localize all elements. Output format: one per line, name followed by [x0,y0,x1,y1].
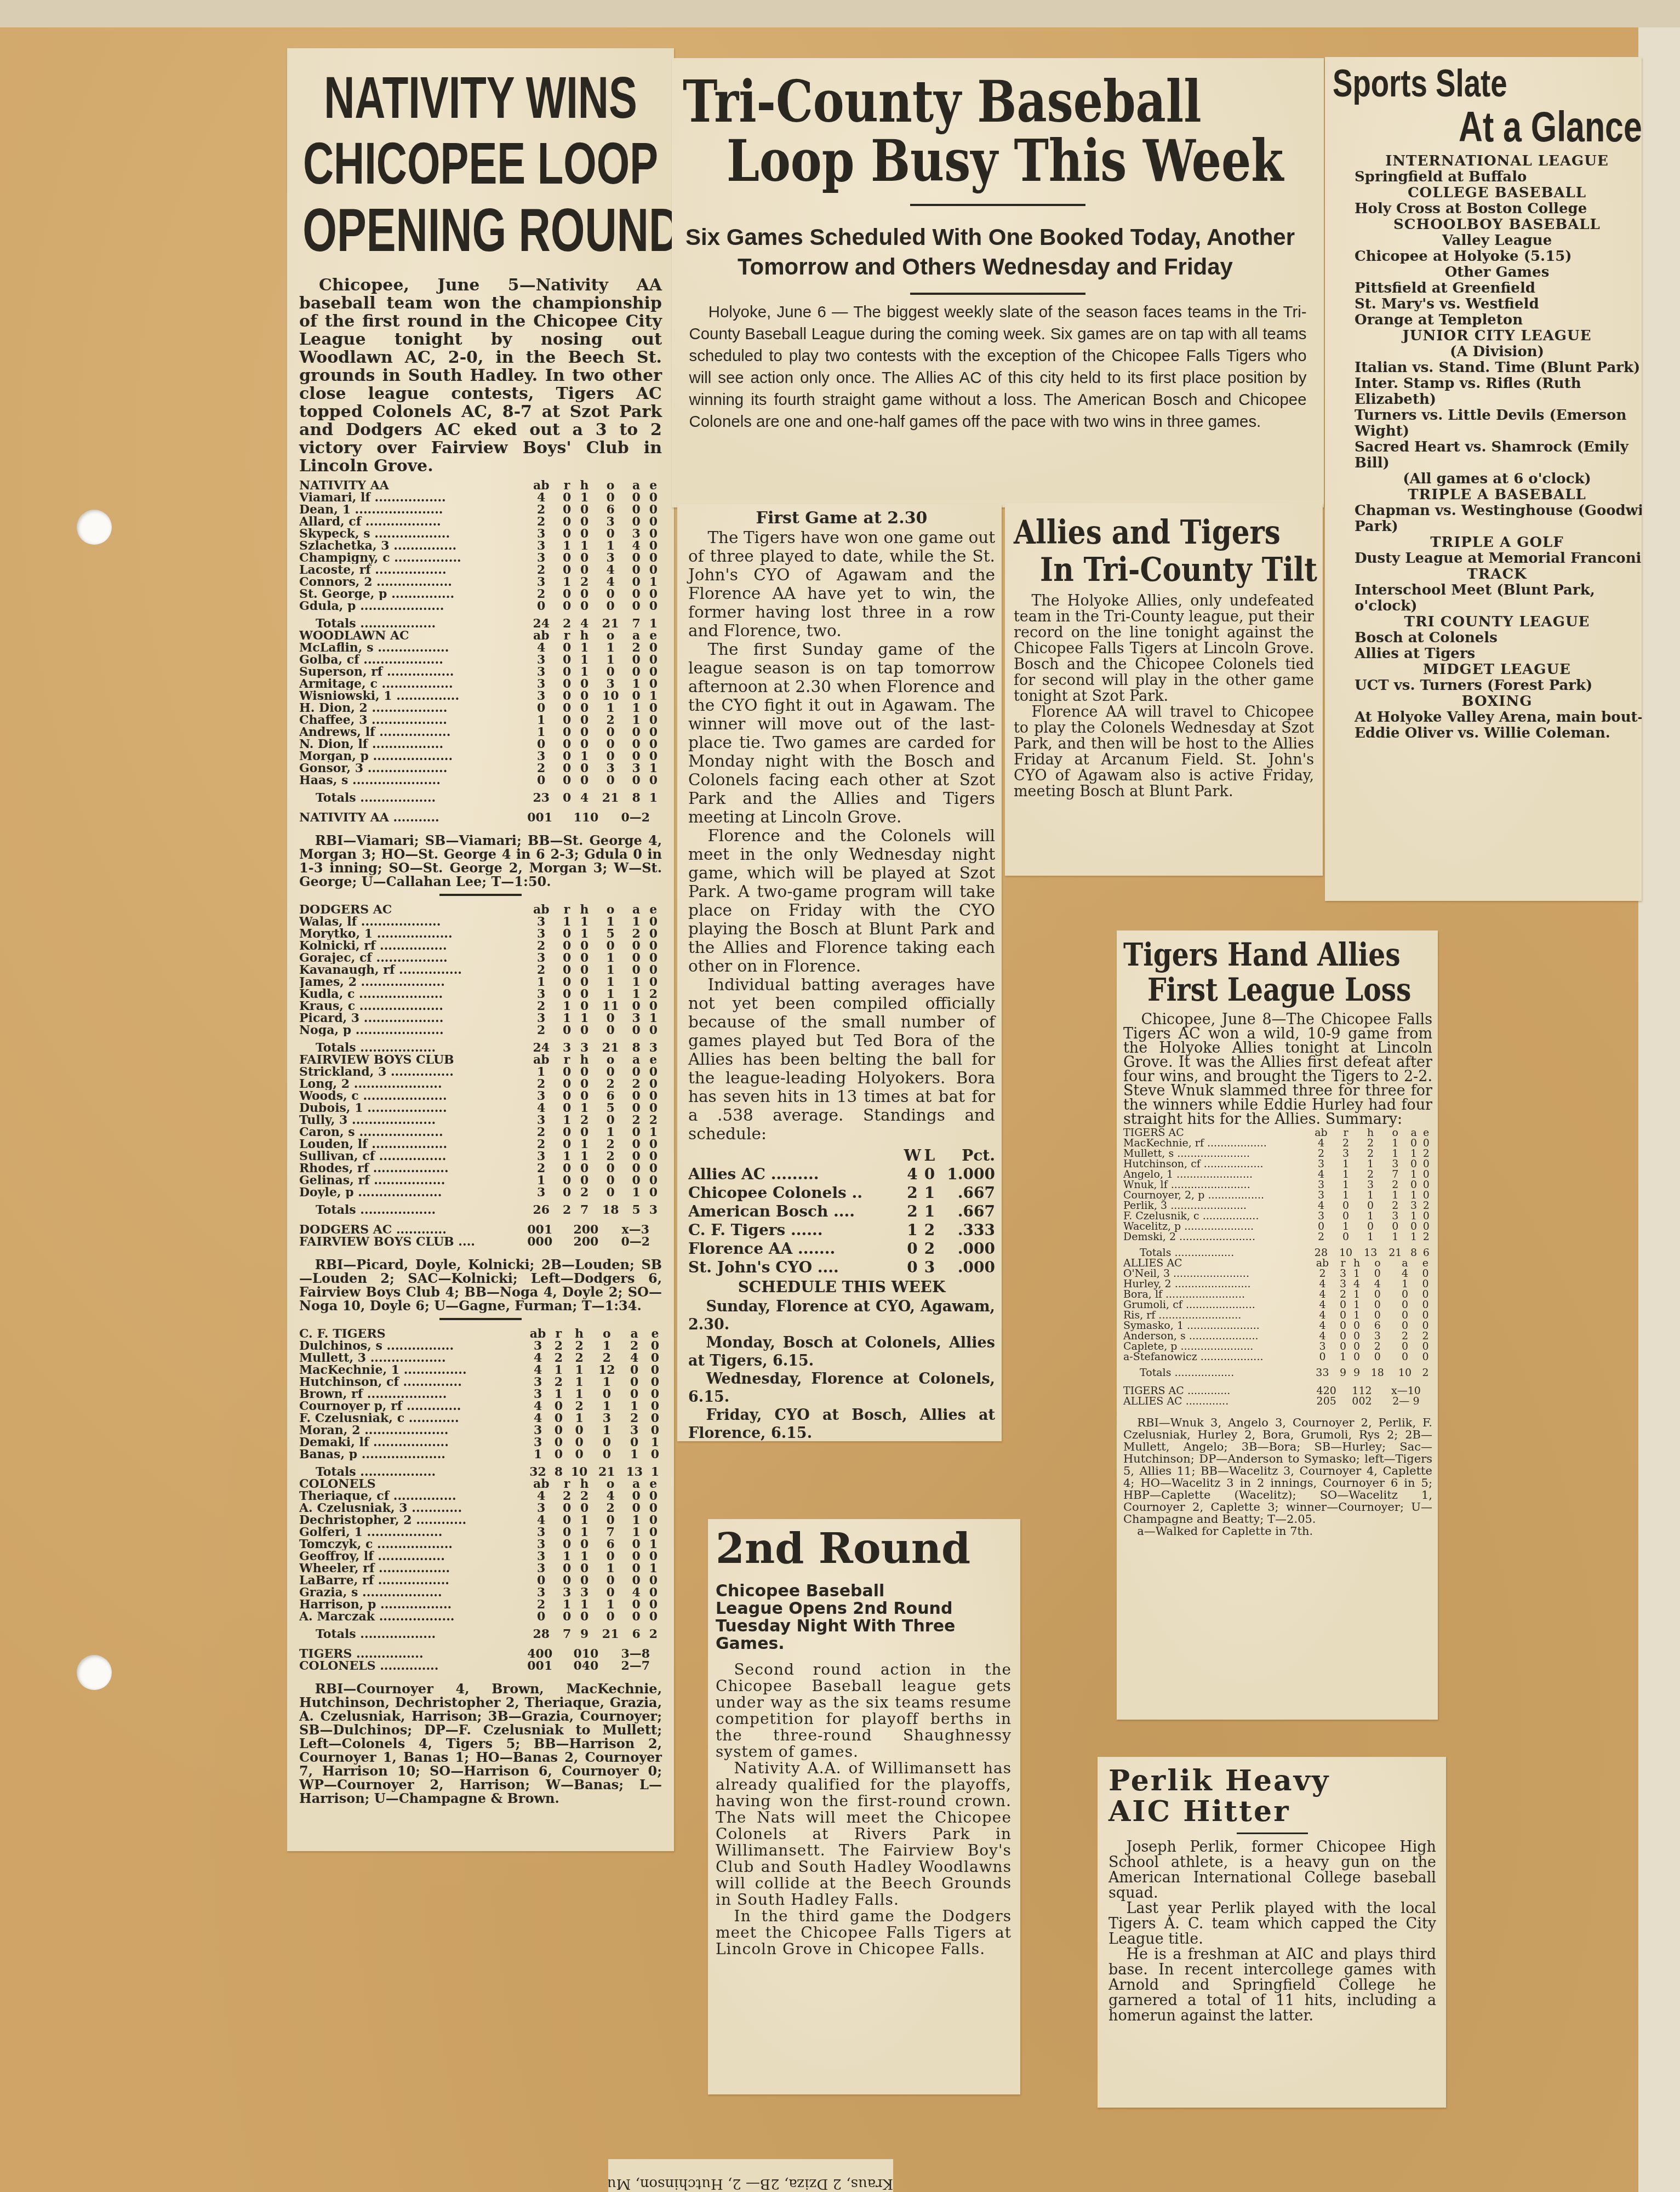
stat: 1 [645,576,662,588]
box-score-table: WOODLAWN ACabrhoaeMcLaflin, s ..........… [299,630,662,804]
stat: 0 [627,690,644,702]
box-score-table: DODGERS ACabrhoaeWalas, lf .............… [299,904,662,1054]
pct: 1.000 [936,1165,996,1184]
stat: 0 [558,1078,575,1090]
player-name: Connors, 2 .................. [299,576,524,588]
stat: 13 [1358,1242,1383,1258]
player-row: Theriaque, cf ...............422400 [299,1490,662,1502]
stat: 3 [524,1526,558,1538]
stat: 7 [558,1623,575,1640]
player-row: Mullett, 3 ..................422240 [299,1352,662,1364]
stat: 0 [645,714,662,726]
stat: 0 [593,666,628,678]
perlik-headline: Perlik Heavy AIC Hitter [1108,1766,1436,1827]
player-name: Grumoli, cf ..................... [1123,1300,1308,1310]
inning-runs: 3—8 [609,1648,662,1660]
stat: 0 [558,666,575,678]
stat: 0 [575,1162,593,1174]
player-name: Grazia, s ................... [299,1586,524,1599]
stat: 3 [524,916,558,928]
stat: 3 [621,1424,648,1436]
player-row: Demaki, lf ..................300001 [299,1436,662,1448]
inning-runs: 001 [517,812,563,824]
stat: 2 [1419,1362,1432,1378]
stat: 0 [558,1024,575,1036]
stat: 0 [558,952,575,964]
stat: 0 [558,1538,575,1550]
slate-head: SCHOOLBOY BASEBALL [1333,217,1642,233]
player-row: MacKechnie, 1 ...............4111200 [299,1364,662,1376]
player-name: Demski, 2 ....................... [1123,1232,1308,1242]
stat: 0 [645,564,662,576]
stat: 0 [645,588,662,600]
stat: 0 [575,552,593,564]
clipping-perlik: Perlik Heavy AIC Hitter Joseph Perlik, f… [1098,1757,1446,2108]
stat: 0 [558,738,575,750]
stat: 7 [575,1198,593,1216]
stat: 1 [645,1126,662,1138]
stat: 1 [593,1599,628,1611]
stat: 0 [645,1150,662,1162]
stat: 0 [558,988,575,1000]
column-header: h [565,1328,593,1340]
stat: 3 [524,1150,558,1162]
stat: 0 [648,1424,662,1436]
line-score-row: DODGERS AC ............001200x—3 [299,1224,662,1236]
inning-runs: 002 [1344,1396,1380,1407]
stat: 0 [645,1162,662,1174]
stat: 1 [565,1388,593,1400]
stat: 0 [558,588,575,600]
paragraph: RBI—Picard, Doyle, Kolnicki; 2B—Louden; … [299,1258,662,1312]
stat: 0 [593,1024,628,1036]
stat: 3 [524,690,558,702]
second-round-subhead: Chicopee Baseball League Opens 2nd Round… [716,1583,957,1653]
stat: 1 [593,540,628,552]
stat: 0 [575,516,593,528]
clipping-sports-slate: Sports Slate At a Glance INTERNATIONAL L… [1325,57,1642,901]
stat: 3 [627,1012,644,1024]
paragraph: The first Sunday game of the league seas… [688,640,995,826]
stat: 1 [593,952,628,964]
stat: 3 [524,1538,558,1550]
stat: 0 [558,750,575,762]
player-row: Gdula, p ....................000000 [299,600,662,612]
slate-item: Turners vs. Little Devils (Emerson Wight… [1333,408,1642,439]
player-name: Mullett, 3 .................. [299,1352,524,1364]
stat: 1 [645,690,662,702]
stat: 0 [575,1611,593,1623]
line-score: TIGERS ................4000103—8COLONELS… [299,1648,662,1672]
team-name: COLONELS .............. [299,1660,517,1672]
stat: 0 [627,1550,644,1562]
stat: 0 [645,528,662,540]
stat: 1 [593,976,628,988]
line-score-row: TIGERS AC .............420112x—10 [1123,1386,1432,1396]
column-header: h [575,630,593,642]
wins: 2 [902,1202,923,1221]
stat: 0 [575,988,593,1000]
stat: 0 [575,1562,593,1574]
player-name: Andrews, lf ................. [299,726,524,738]
stat: 1 [627,1186,644,1198]
column-header: o [593,630,628,642]
stat: 2 [558,612,575,630]
column-header: a [627,1054,644,1066]
player-name: Sullivan, cf ................ [299,1150,524,1162]
player-row: Kolnicki, rf ................200000 [299,940,662,952]
player-row: Connors, 2 ..................312401 [299,576,662,588]
column-header: e [645,480,662,492]
player-name: Banas, p .................... [299,1448,524,1460]
stat: 1 [575,1102,593,1114]
player-name: Allard, cf .................. [299,516,524,528]
stat: 1 [575,1599,593,1611]
stat: 1 [524,726,558,738]
stat: 0 [645,666,662,678]
player-row: Dean, 1 .....................200600 [299,504,662,516]
player-name: Dechristopher, 2 ............ [299,1514,524,1526]
stat: 1 [558,540,575,552]
stat: 4 [575,786,593,804]
player-name: Chaffee, 3 .................. [299,714,524,726]
player-name: Hurley, 2 ....................... [1123,1279,1308,1289]
player-name: Perlik, 3 ....................... [1123,1201,1308,1211]
stat: 0 [645,1611,662,1623]
standings-row: American Bosch ....21.667 [688,1202,995,1221]
stat: 3 [524,928,558,940]
stat: 18 [593,1198,628,1216]
column-header: a [627,904,644,916]
stat: 0 [593,1574,628,1586]
stat: 0 [627,576,644,588]
footnote: a—Walked for Caplette in 7th. [1123,1525,1432,1537]
pct: .333 [936,1221,996,1240]
player-name: Kudla, c .................... [299,988,524,1000]
player-name: Geoffroy, lf ................ [299,1550,524,1562]
slate-item: Holy Cross at Boston College [1333,201,1642,217]
column-header: r [558,1054,575,1066]
stat: 0 [558,492,575,504]
player-row: Brown, rf ...................311000 [299,1388,662,1400]
stat: 0 [552,1448,565,1460]
player-row: Dechristopher, 2 ............401010 [299,1514,662,1526]
stat: 0 [645,964,662,976]
inning-runs: 000 [517,1236,563,1248]
stat: 0 [558,690,575,702]
stat: 1 [558,1000,575,1012]
stat: 0 [558,516,575,528]
stat: 6 [593,1538,628,1550]
stat: 3 [524,1424,551,1436]
inning-runs: 2—7 [609,1660,662,1672]
player-name: Gorajec, cf ................. [299,952,524,964]
column-header: r [558,480,575,492]
stat: 2 [575,1186,593,1198]
stat: 0 [645,916,662,928]
stat: 0 [645,1574,662,1586]
stat: 1 [524,1174,558,1186]
totals-row: Totals ..................3281021131 [299,1460,662,1478]
stat: 0 [593,1066,628,1078]
game-summary: RBI—Picard, Doyle, Kolnicki; 2B—Louden; … [299,1258,662,1312]
stat: 1 [575,1526,593,1538]
standings-row: C. F. Tigers ......12.333 [688,1221,995,1240]
player-name: Symasko, 1 ...................... [1123,1321,1308,1331]
player-row: Noga, p .....................200000 [299,1024,662,1036]
stat: 3 [524,654,558,666]
player-row: Moran, 2 ....................300130 [299,1424,662,1436]
tricounty-subhead: Six Games Scheduled With One Booked Toda… [683,222,1313,282]
stat: 0 [558,678,575,690]
player-row: Harrison, p .................211100 [299,1599,662,1611]
stat: 0 [1391,1352,1419,1362]
slate-item: Sacred Heart vs. Shamrock (Emily Bill) [1333,439,1642,471]
stat: 0 [558,1162,575,1174]
tigers-allies-headline: Tigers Hand Allies First League Loss [1123,937,1432,1007]
stat: 3 [593,678,628,690]
totals-label: Totals .................. [299,612,524,630]
stat: 8 [627,1036,644,1054]
wins: 4 [902,1165,923,1184]
stat: 0 [593,528,628,540]
stat: 3 [524,666,558,678]
pct: .000 [936,1240,996,1258]
stat: 4 [524,492,558,504]
stat: 0 [627,666,644,678]
stat: 0 [645,1586,662,1599]
stat: 3 [593,552,628,564]
standings-row: Florence AA .......02.000 [688,1240,995,1258]
clipping-fragment: Kraus, 2 Dziza, 2B— 2, Hutchinson, Mulle… [608,2159,893,2192]
stat: 0 [627,1562,644,1574]
stat: 0 [552,1436,565,1448]
stat: 2 [593,1078,628,1090]
wins: 0 [902,1240,923,1258]
stat: 4 [524,1412,551,1424]
player-row: Kudla, c ....................300112 [299,988,662,1000]
player-name: Cournoyer, 2, p ................. [1123,1190,1308,1201]
player-row: Kraus, c ....................2101100 [299,1000,662,1012]
stat: 3 [524,1114,558,1126]
stat: 3 [645,1036,662,1054]
stat: 1 [575,1514,593,1526]
stat: 0 [524,774,558,786]
stat: 0 [558,928,575,940]
stat: 2 [524,1078,558,1090]
stat: 0 [621,1436,648,1448]
player-row: Demski, 2 .......................201112 [1123,1232,1432,1242]
player-name: Cournoyer p, rf ............. [299,1400,524,1412]
column-header: ab [524,1328,551,1340]
slate-item: St. Mary's vs. Westfield [1333,296,1642,312]
column-header: ab [524,480,558,492]
stat: 2 [524,516,558,528]
paragraph: Last year Perlik played with the local T… [1108,1901,1436,1947]
column-header: e [645,1478,662,1490]
stat: 0 [645,1138,662,1150]
stat: 0 [565,1436,593,1448]
player-row: N. Dion, lf .................000000 [299,738,662,750]
stat: 2 [524,762,558,774]
player-row: Symasko, 1 ......................400600 [1123,1321,1432,1331]
player-row: H. Dion, 2 ..................000110 [299,702,662,714]
player-row: Caplete, p ......................300200 [1123,1342,1432,1352]
stat: 1 [565,1364,593,1376]
player-name: F. Czelusnik, c ................. [1123,1211,1308,1221]
box-score-table: COLONELSabrhoaeTheriaque, cf ...........… [299,1478,662,1640]
stat: 0 [552,1400,565,1412]
player-name: McLaflin, s ................. [299,642,524,654]
stat: 0 [575,738,593,750]
player-name: Harrison, p ................. [299,1599,524,1611]
stat: 0 [627,1574,644,1586]
inning-runs: 200 [563,1236,609,1248]
stat: 2 [575,576,593,588]
stat: 0 [627,564,644,576]
player-row: F. Czelusnik, c .................301310 [1123,1211,1432,1221]
player-row: Geoffroy, lf ................311000 [299,1550,662,1562]
player-name: Tully, 3 .................... [299,1114,524,1126]
stat: 3 [524,1586,558,1599]
wins: 2 [902,1184,923,1202]
slate-head: TRI COUNTY LEAGUE [1333,614,1642,630]
stat: 0 [575,1090,593,1102]
stat: 11 [593,1000,628,1012]
stat: 1 [565,1376,593,1388]
stat: 0 [593,1114,628,1126]
stat: 24 [524,1036,558,1054]
stat: 0 [645,678,662,690]
player-row: Banas, p ....................100010 [299,1448,662,1460]
sports-slate-headline: Sports Slate At a Glance [1333,62,1642,149]
stat: 2 [627,642,644,654]
stat: 0 [627,750,644,762]
stat: 0 [1350,1352,1363,1362]
stat: 1 [593,654,628,666]
stat: 0 [575,1066,593,1078]
stat: 3 [524,552,558,564]
stat: 0 [645,642,662,654]
stat: 0 [645,1514,662,1526]
stat: 0 [593,738,628,750]
slate-item: Interschool Meet (Blunt Park, o'clock) [1333,583,1642,614]
player-row: Gonsor, 3 ...................200331 [299,762,662,774]
player-row: Rhodes, rf ..................200000 [299,1162,662,1174]
tricounty-crosshead: First Game at 2.30 [688,509,995,528]
player-name: a-Stefanowicz ................... [1123,1352,1308,1362]
stat: 3 [524,1388,551,1400]
stat: 0 [627,516,644,528]
team-name: FAIRVIEW BOYS CLUB .... [299,1236,517,1248]
line-score-row: TIGERS ................4000103—8 [299,1648,662,1660]
stat: 0 [645,1174,662,1186]
stat: 1 [558,916,575,928]
player-row: Louden, lf ..................201200 [299,1138,662,1150]
stat: 2 [575,1114,593,1126]
stat: 0 [627,1066,644,1078]
stat: 3 [524,1502,558,1514]
player-row: Allard, cf ..................200300 [299,516,662,528]
stat: 5 [593,928,628,940]
stat: 7 [593,1526,628,1538]
player-name: Bora, lf ........................ [1123,1289,1308,1300]
paragraph: In the third game the Dodgers meet the C… [716,1908,1012,1957]
stat: 10 [1391,1362,1419,1378]
column-header: o [593,1478,628,1490]
player-name: Caplete, p ...................... [1123,1342,1308,1352]
player-row: Perlik, 3 .......................400232 [1123,1201,1432,1211]
column-header: e [645,630,662,642]
standings-table: W L Pct. Allies AC .........401.000Chico… [688,1146,995,1277]
stat: 3 [524,528,558,540]
stat: 0 [558,1102,575,1114]
stat: 0 [558,1138,575,1150]
stat: 0 [627,1599,644,1611]
column-header: o [593,904,628,916]
box-score-table: ALLIES ACabrhoaeO'Neil, 3 ..............… [1123,1258,1432,1378]
stat: 0 [524,1611,558,1623]
player-row: Hutchinson, cf ..................311300 [1123,1159,1432,1169]
player-name: Louden, lf .................. [299,1138,524,1150]
stat: 6 [627,1623,644,1640]
player-row: Skypeck, s ..................300030 [299,528,662,540]
stat: 0 [645,1550,662,1562]
player-name: MacKechnie, 1 ............... [299,1364,524,1376]
pct: .667 [936,1184,996,1202]
stat: 4 [621,1352,648,1364]
stat: 1 [593,1424,620,1436]
box-score-table: TIGERS ACabrhoaeMacKechnie, rf .........… [1123,1128,1432,1258]
stat: 0 [621,1376,648,1388]
stat: 1 [558,576,575,588]
stat: 4 [524,1102,558,1114]
stat: 2 [552,1376,565,1388]
stat: 1 [1358,1232,1383,1242]
totals-label: Totals .................. [299,1623,524,1640]
paragraph: Wednesday, Florence at Colonels, 6.15. [688,1370,995,1406]
stat: 3 [593,516,628,528]
stat: 2 [575,1490,593,1502]
totals-row: Totals ..................24332183 [299,1036,662,1054]
player-row: Cournoyer p, rf .............402110 [299,1400,662,1412]
stat: 5 [593,1102,628,1114]
box-score-table: NATIVITY AAabrhoaeViamari, lf ..........… [299,480,662,630]
stat: 0 [558,1574,575,1586]
stat: 4 [524,1514,558,1526]
player-row: Anderson, s .....................400322 [1123,1331,1432,1342]
player-row: Kavanaugh, rf ...............200100 [299,964,662,976]
stat: 0 [575,964,593,976]
stat: 0 [565,1448,593,1460]
player-name: Gelinas, rf ................. [299,1174,524,1186]
paragraph: Florence AA will travel to Chicopee to p… [1014,704,1314,800]
stat: 1 [621,1400,648,1412]
stat: 0 [1419,1352,1432,1362]
slate-item: Orange at Templeton [1333,312,1642,328]
stat: 8 [552,1460,565,1478]
player-row: O'Neil, 3 .......................231040 [1123,1269,1432,1279]
paragraph: Monday, Bosch at Colonels, Allies at Tig… [688,1334,995,1370]
stat: 1 [558,1012,575,1024]
player-row: Walas, lf ...................311110 [299,916,662,928]
inning-runs: 205 [1308,1396,1344,1407]
stat: 0 [575,1078,593,1090]
stat: 4 [524,642,558,654]
stat: 2 [645,988,662,1000]
stat: 1 [645,762,662,774]
totals-label: Totals .................. [1123,1362,1308,1378]
